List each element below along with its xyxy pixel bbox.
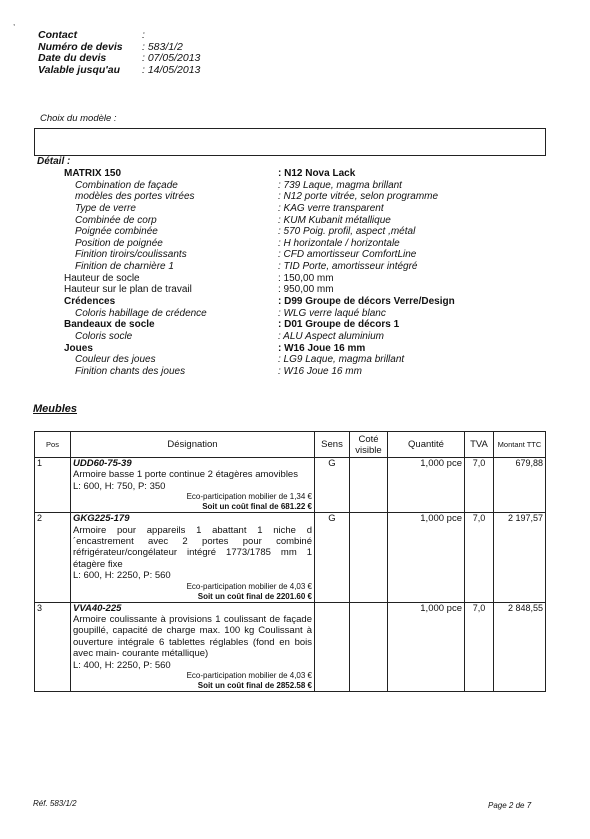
info-value: : 14/05/2013: [142, 65, 200, 77]
cell-pos: 1: [35, 458, 71, 513]
col-header-montant: Montant TTC: [494, 432, 546, 458]
table-header-row: Pos Désignation Sens Coté visible Quanti…: [35, 432, 546, 458]
col-header-tva: TVA: [465, 432, 494, 458]
detail-label: Combination de façade: [37, 180, 278, 192]
detail-row: Finition tiroirs/coulissants: CFD amorti…: [37, 249, 455, 261]
detail-label: Finition chants des joues: [37, 366, 278, 378]
article-description: Armoire basse 1 porte continue 2 étagère…: [73, 469, 312, 480]
cell-tva: 7,0: [465, 513, 494, 602]
detail-label: Type de verre: [37, 203, 278, 215]
table-row: 3VVA40-225Armoire coulissante à provisio…: [35, 602, 546, 691]
detail-value: : D01 Groupe de décors 1: [278, 319, 399, 331]
cell-cote-visible: [350, 602, 388, 691]
final-cost: Soit un coût final de 2201.60 €: [73, 592, 312, 602]
cell-tva: 7,0: [465, 458, 494, 513]
detail-row: Poignée combinée: 570 Poig. profil, aspe…: [37, 226, 455, 238]
article-dimensions: L: 600, H: 750, P: 350: [73, 481, 312, 492]
detail-row: Combinée de corp: KUM Kubanit métallique: [37, 215, 455, 227]
cell-montant: 2 848,55: [494, 602, 546, 691]
detail-row: Finition de charnière 1: TID Porte, amor…: [37, 261, 455, 273]
detail-label: MATRIX 150: [37, 168, 278, 180]
detail-label: Finition de charnière 1: [37, 261, 278, 273]
detail-label: Coloris socle: [37, 331, 278, 343]
detail-value: : LG9 Laque, magma brillant: [278, 354, 404, 366]
detail-row: Joues: W16 Joue 16 mm: [37, 343, 455, 355]
quote-info: Contact:Numéro de devis: 583/1/2Date du …: [38, 30, 200, 76]
detail-list: MATRIX 150: N12 Nova LackCombination de …: [37, 168, 455, 378]
article-description: Armoire coulissante à provisions 1 couli…: [73, 614, 312, 660]
detail-row: Hauteur de socle: 150,00 mm: [37, 273, 455, 285]
detail-row: Finition chants des joues: W16 Joue 16 m…: [37, 366, 455, 378]
detail-label: modèles des portes vitrées: [37, 191, 278, 203]
furniture-table: Pos Désignation Sens Coté visible Quanti…: [34, 431, 546, 692]
cell-designation: GKG225-179Armoire pour appareils 1 abatt…: [71, 513, 315, 602]
page-number: Page 2 de 7: [488, 801, 531, 810]
cell-quantite: 1,000 pce: [388, 458, 465, 513]
cell-designation: VVA40-225Armoire coulissante à provision…: [71, 602, 315, 691]
col-header-cote-visible: Coté visible: [350, 432, 388, 458]
article-description: Armoire pour appareils 1 abattant 1 nich…: [73, 525, 312, 571]
eco-participation: Eco-participation mobilier de 4,03 €: [73, 582, 312, 592]
detail-value: : N12 Nova Lack: [278, 168, 355, 180]
col-header-quantite: Quantité: [388, 432, 465, 458]
final-cost: Soit un coût final de 2852.58 €: [73, 681, 312, 691]
cell-quantite: 1,000 pce: [388, 513, 465, 602]
cell-pos: 2: [35, 513, 71, 602]
col-header-designation: Désignation: [71, 432, 315, 458]
detail-value: : H horizontale / horizontale: [278, 238, 400, 250]
detail-label: Poignée combinée: [37, 226, 278, 238]
model-choice-label: Choix du modèle :: [40, 113, 117, 124]
cell-quantite: 1,000 pce: [388, 602, 465, 691]
detail-value: : W16 Joue 16 mm: [278, 366, 362, 378]
eco-participation: Eco-participation mobilier de 4,03 €: [73, 671, 312, 681]
detail-label: Position de poignée: [37, 238, 278, 250]
article-dimensions: L: 400, H: 2250, P: 560: [73, 660, 312, 671]
detail-label: Couleur des joues: [37, 354, 278, 366]
table-row: 1UDD60-75-39Armoire basse 1 porte contin…: [35, 458, 546, 513]
info-row: Contact:: [38, 30, 200, 42]
detail-row: Type de verre: KAG verre transparent: [37, 203, 455, 215]
detail-label: Joues: [37, 343, 278, 355]
model-choice-field[interactable]: [34, 128, 546, 156]
detail-value: : 570 Poig. profil, aspect ,métal: [278, 226, 415, 238]
cell-sens: G: [315, 458, 350, 513]
detail-row: Coloris socle: ALU Aspect aluminium: [37, 331, 455, 343]
scan-mark: ,: [13, 18, 15, 27]
meubles-title: Meubles: [33, 403, 77, 415]
info-value: :: [142, 30, 145, 42]
article-ref: VVA40-225: [73, 603, 312, 614]
detail-row: MATRIX 150: N12 Nova Lack: [37, 168, 455, 180]
detail-value: : W16 Joue 16 mm: [278, 343, 365, 355]
detail-value: : KAG verre transparent: [278, 203, 384, 215]
cell-cote-visible: [350, 513, 388, 602]
detail-row: Coloris habillage de crédence: WLG verre…: [37, 308, 455, 320]
detail-label: Hauteur de socle: [37, 273, 278, 285]
cell-sens: [315, 602, 350, 691]
detail-value: : WLG verre laqué blanc: [278, 308, 386, 320]
cell-montant: 2 197,57: [494, 513, 546, 602]
detail-row: Crédences: D99 Groupe de décors Verre/De…: [37, 296, 455, 308]
detail-row: Combination de façade: 739 Laque, magma …: [37, 180, 455, 192]
eco-participation: Eco-participation mobilier de 1,34 €: [73, 492, 312, 502]
article-dimensions: L: 600, H: 2250, P: 560: [73, 570, 312, 581]
cell-pos: 3: [35, 602, 71, 691]
detail-value: : 739 Laque, magma brillant: [278, 180, 402, 192]
detail-value: : 950,00 mm: [278, 284, 334, 296]
detail-value: : KUM Kubanit métallique: [278, 215, 391, 227]
col-header-sens: Sens: [315, 432, 350, 458]
detail-title: Détail :: [37, 156, 70, 167]
cell-sens: G: [315, 513, 350, 602]
cell-tva: 7,0: [465, 602, 494, 691]
col-header-pos: Pos: [35, 432, 71, 458]
detail-label: Coloris habillage de crédence: [37, 308, 278, 320]
detail-label: Hauteur sur le plan de travail: [37, 284, 278, 296]
detail-row: Hauteur sur le plan de travail: 950,00 m…: [37, 284, 455, 296]
detail-row: Position de poignée: H horizontale / hor…: [37, 238, 455, 250]
final-cost: Soit un coût final de 681.22 €: [73, 502, 312, 512]
detail-row: Bandeaux de socle: D01 Groupe de décors …: [37, 319, 455, 331]
detail-row: modèles des portes vitrées: N12 porte vi…: [37, 191, 455, 203]
detail-label: Crédences: [37, 296, 278, 308]
detail-label: Combinée de corp: [37, 215, 278, 227]
detail-value: : D99 Groupe de décors Verre/Design: [278, 296, 455, 308]
detail-value: : N12 porte vitrée, selon programme: [278, 191, 438, 203]
info-label: Valable jusqu'au: [38, 65, 142, 77]
info-row: Valable jusqu'au: 14/05/2013: [38, 65, 200, 77]
detail-row: Couleur des joues: LG9 Laque, magma bril…: [37, 354, 455, 366]
info-label: Contact: [38, 30, 142, 42]
article-ref: UDD60-75-39: [73, 458, 312, 469]
footer-reference: Réf. 583/1/2: [33, 799, 77, 808]
table-row: 2GKG225-179Armoire pour appareils 1 abat…: [35, 513, 546, 602]
cell-cote-visible: [350, 458, 388, 513]
detail-value: : ALU Aspect aluminium: [278, 331, 384, 343]
detail-label: Finition tiroirs/coulissants: [37, 249, 278, 261]
cell-designation: UDD60-75-39Armoire basse 1 porte continu…: [71, 458, 315, 513]
article-ref: GKG225-179: [73, 513, 312, 524]
detail-value: : 150,00 mm: [278, 273, 334, 285]
detail-label: Bandeaux de socle: [37, 319, 278, 331]
detail-value: : TID Porte, amortisseur intégré: [278, 261, 418, 273]
cell-montant: 679,88: [494, 458, 546, 513]
detail-value: : CFD amortisseur ComfortLine: [278, 249, 416, 261]
